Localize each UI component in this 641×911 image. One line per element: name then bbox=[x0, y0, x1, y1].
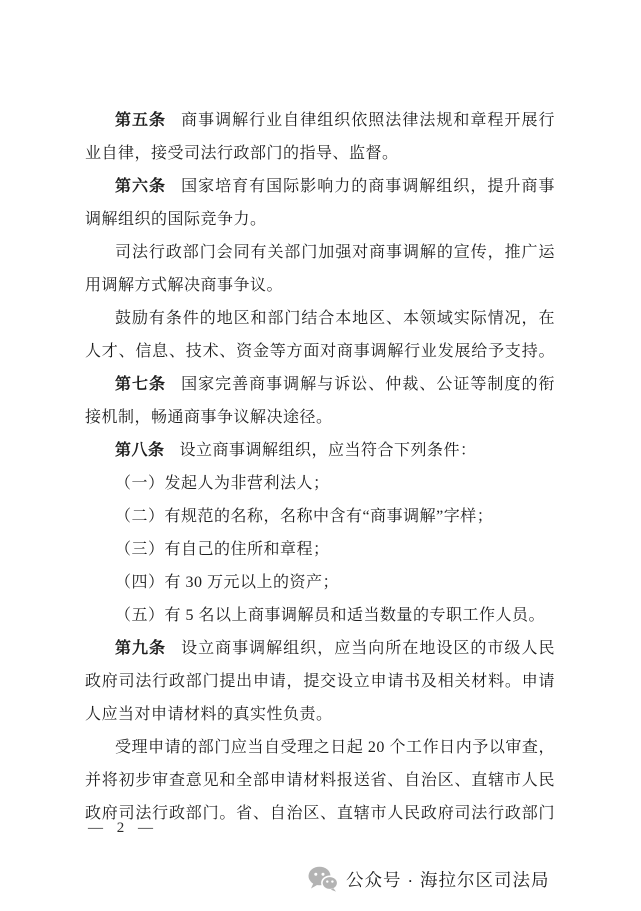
text-segment: （五）有 5 名以上商事调解员和适当数量的专职工作人员。 bbox=[115, 607, 545, 624]
document-body: 第五条商事调解行业自律组织依照法律法规和章程开展行业自律，接受司法行政部门的指导… bbox=[85, 104, 555, 830]
text-line: （一）发起人为非营利法人； bbox=[85, 467, 555, 500]
text-line: （三）有自己的住所和章程； bbox=[85, 533, 555, 566]
text-segment: 设立商事调解组织，应当向所在地设区的市级人民 bbox=[181, 640, 555, 657]
text-segment: （一）发起人为非营利法人； bbox=[115, 475, 330, 492]
text-line: （五）有 5 名以上商事调解员和适当数量的专职工作人员。 bbox=[85, 599, 555, 632]
article-number: 第七条 bbox=[115, 376, 166, 393]
text-segment: 业自律，接受司法行政部门的指导、监督。 bbox=[85, 145, 399, 162]
text-line: 用调解方式解决商事争议。 bbox=[85, 269, 555, 302]
text-line: 人应当对申请材料的真实性负责。 bbox=[85, 698, 555, 731]
text-segment: （三）有自己的住所和章程； bbox=[115, 541, 330, 558]
text-line: 人才、信息、技术、资金等方面对商事调解行业发展给予支持。 bbox=[85, 335, 555, 368]
text-line: （四）有 30 万元以上的资产； bbox=[85, 566, 555, 599]
article-number: 第八条 bbox=[115, 442, 165, 459]
text-line: 政府司法行政部门提出申请，提交设立申请书及相关材料。申请 bbox=[85, 665, 555, 698]
text-line: 第九条设立商事调解组织，应当向所在地设区的市级人民 bbox=[85, 632, 555, 665]
text-line: （二）有规范的名称，名称中含有“商事调解”字样； bbox=[85, 500, 555, 533]
text-line: 第五条商事调解行业自律组织依照法律法规和章程开展行 bbox=[85, 104, 555, 137]
text-segment: 用调解方式解决商事争议。 bbox=[85, 277, 283, 294]
document-page: 第五条商事调解行业自律组织依照法律法规和章程开展行业自律，接受司法行政部门的指导… bbox=[0, 0, 641, 911]
text-line: 鼓励有条件的地区和部门结合本地区、本领域实际情况，在 bbox=[85, 302, 555, 335]
text-line: 业自律，接受司法行政部门的指导、监督。 bbox=[85, 137, 555, 170]
article-number: 第五条 bbox=[115, 112, 166, 129]
text-segment: 国家培育有国际影响力的商事调解组织，提升商事 bbox=[181, 178, 555, 195]
text-segment: （四）有 30 万元以上的资产； bbox=[115, 574, 339, 591]
article-number: 第九条 bbox=[115, 640, 166, 657]
text-segment: 司法行政部门会同有关部门加强对商事调解的宣传，推广运 bbox=[115, 244, 555, 261]
text-line: 接机制，畅通商事争议解决途径。 bbox=[85, 401, 555, 434]
text-line: 调解组织的国际竞争力。 bbox=[85, 203, 555, 236]
watermark: 公众号 · 海拉尔区司法局 bbox=[308, 866, 550, 892]
article-number: 第六条 bbox=[115, 178, 166, 195]
page-number: — 2 — bbox=[88, 820, 158, 837]
text-segment: 鼓励有条件的地区和部门结合本地区、本领域实际情况，在 bbox=[115, 310, 555, 327]
text-segment: 接机制，畅通商事争议解决途径。 bbox=[85, 409, 333, 426]
text-line: 受理申请的部门应当自受理之日起 20 个工作日内予以审查， bbox=[85, 731, 555, 764]
text-line: 司法行政部门会同有关部门加强对商事调解的宣传，推广运 bbox=[85, 236, 555, 269]
text-segment: 设立商事调解组织，应当符合下列条件： bbox=[180, 442, 477, 459]
text-segment: 并将初步审查意见和全部申请材料报送省、自治区、直辖市人民 bbox=[85, 772, 555, 789]
text-segment: 人才、信息、技术、资金等方面对商事调解行业发展给予支持。 bbox=[85, 343, 555, 360]
text-segment: 人应当对申请材料的真实性负责。 bbox=[85, 706, 333, 723]
text-line: 第六条国家培育有国际影响力的商事调解组织，提升商事 bbox=[85, 170, 555, 203]
text-segment: 国家完善商事调解与诉讼、仲裁、公证等制度的衔 bbox=[181, 376, 555, 393]
text-line: 并将初步审查意见和全部申请材料报送省、自治区、直辖市人民 bbox=[85, 764, 555, 797]
text-segment: 政府司法行政部门提出申请，提交设立申请书及相关材料。申请 bbox=[85, 673, 555, 690]
text-segment: （二）有规范的名称，名称中含有“商事调解”字样； bbox=[115, 508, 493, 525]
text-line: 第七条国家完善商事调解与诉讼、仲裁、公证等制度的衔 bbox=[85, 368, 555, 401]
text-segment: 商事调解行业自律组织依照法律法规和章程开展行 bbox=[181, 112, 555, 129]
text-line: 第八条设立商事调解组织，应当符合下列条件： bbox=[85, 434, 555, 467]
text-segment: 受理申请的部门应当自受理之日起 20 个工作日内予以审查， bbox=[115, 739, 555, 756]
watermark-label: 公众号 · 海拉尔区司法局 bbox=[346, 867, 550, 892]
text-segment: 调解组织的国际竞争力。 bbox=[85, 211, 267, 228]
wechat-icon bbox=[308, 866, 338, 892]
